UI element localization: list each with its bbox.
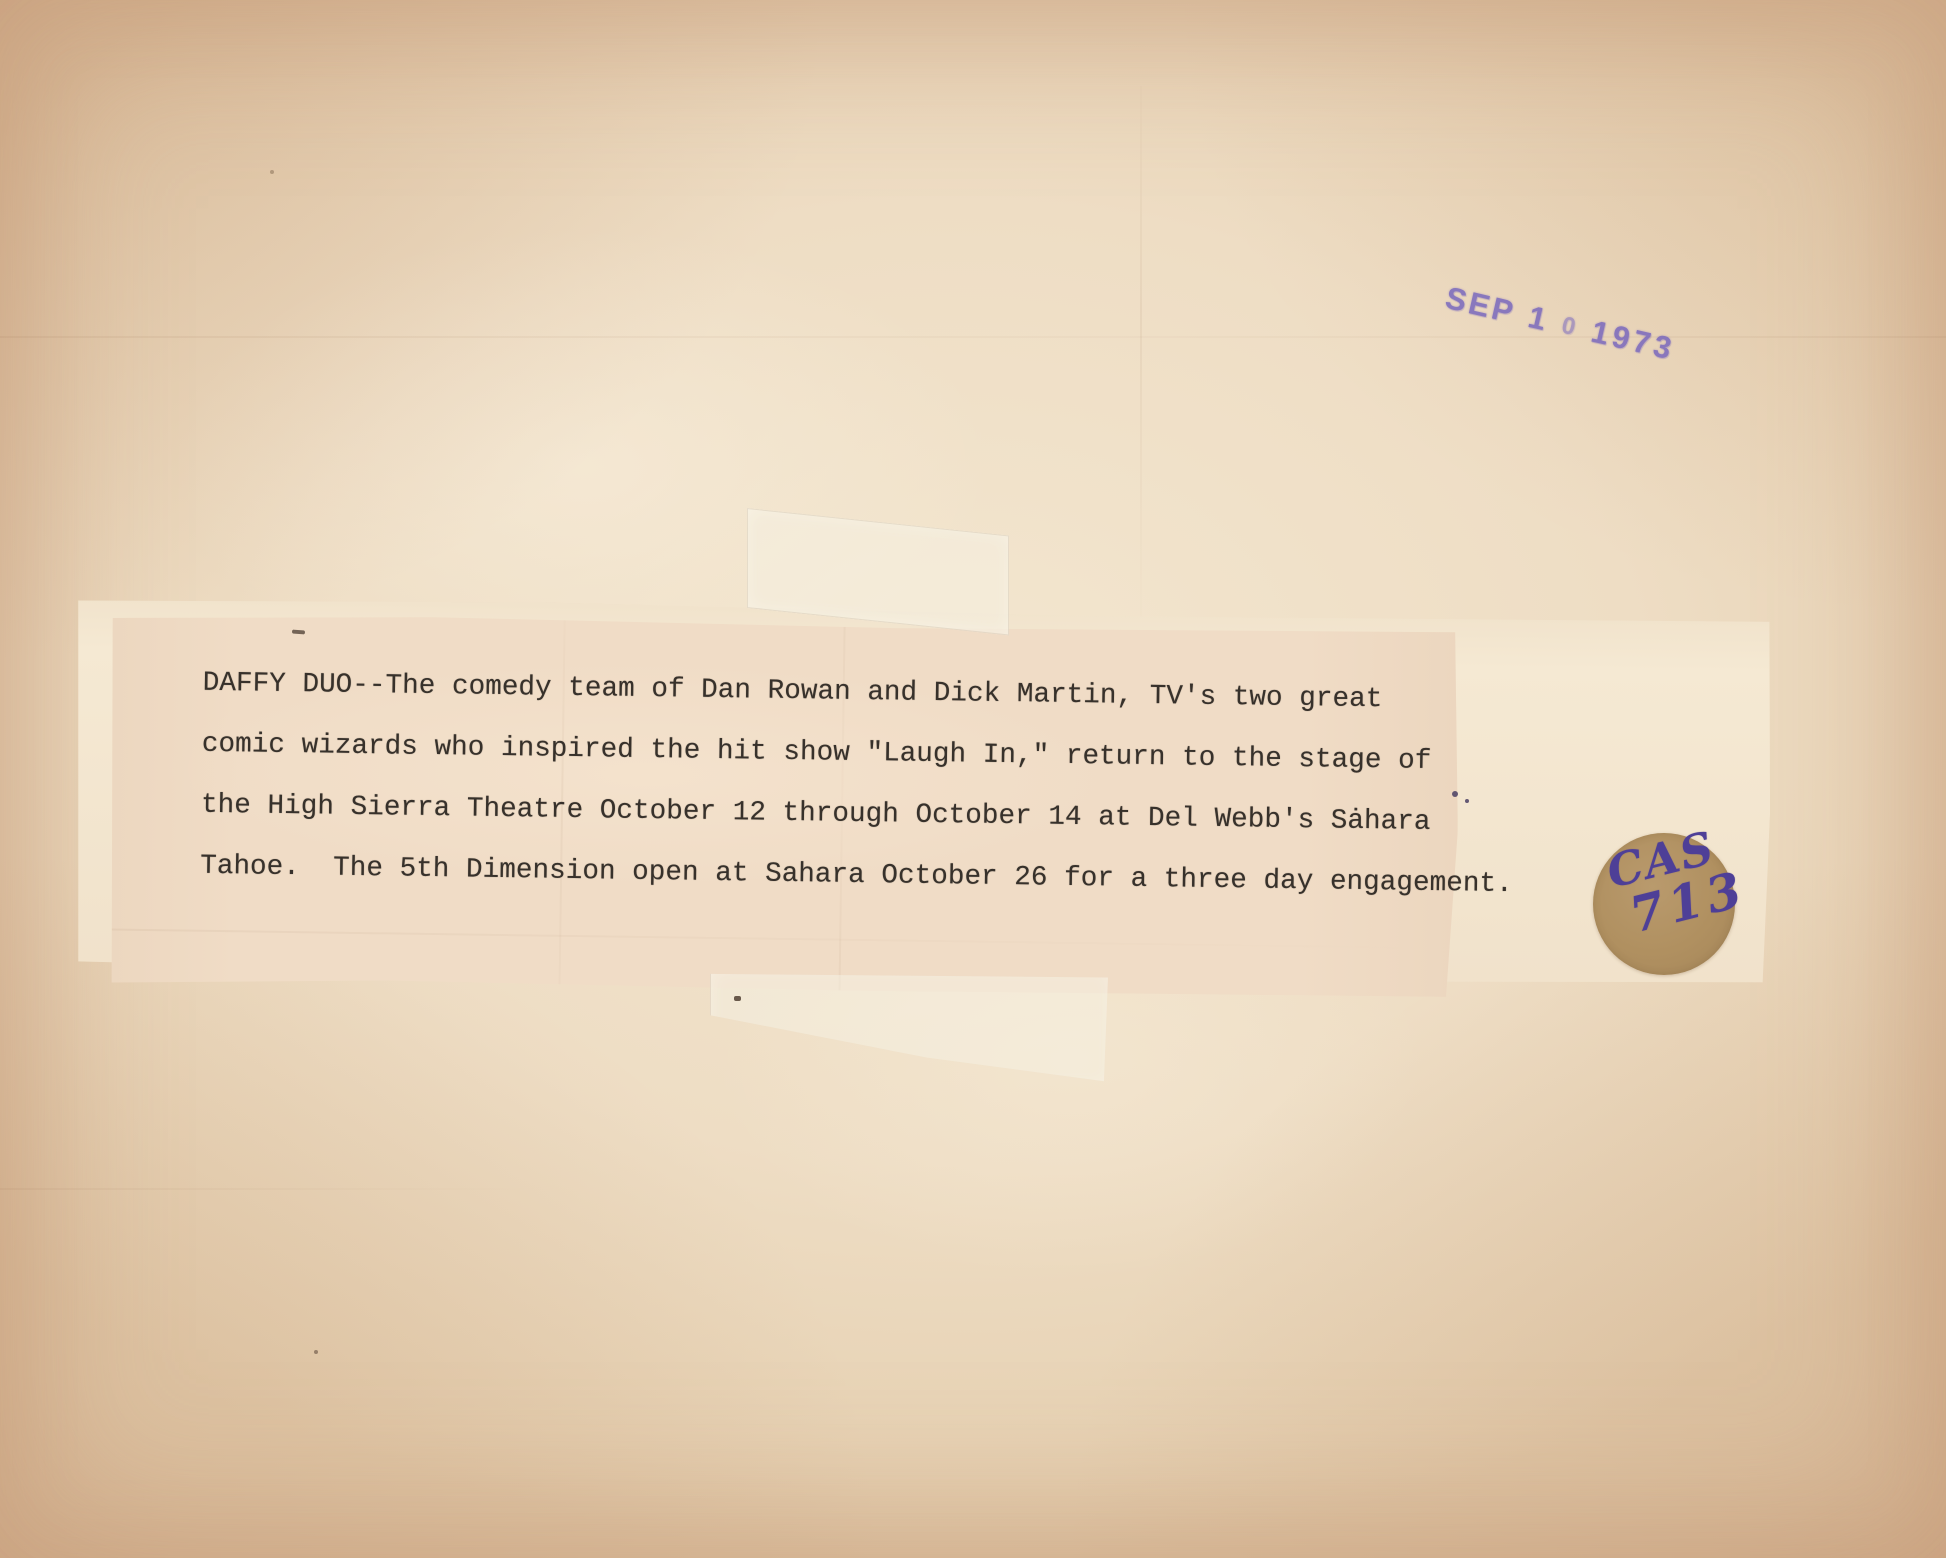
caption-slip: DAFFY DUO--The comedy team of Dan Rowan … [69, 592, 1775, 1036]
date-stamp-month: SEP [1442, 280, 1519, 331]
catalog-sticker: CAS 713 [1593, 833, 1735, 975]
press-photo-verso: SEP101973 DAFFY DUO--The comedy team of … [0, 0, 1946, 1558]
horizontal-crease [0, 1188, 540, 1190]
date-stamp-year: 1973 [1588, 314, 1679, 368]
paper-speck [314, 1350, 318, 1354]
date-stamp-day-digit: 1 [1525, 299, 1553, 339]
vertical-crease [1140, 86, 1142, 646]
paper-fold [104, 928, 1456, 949]
date-stamp: SEP101973 [1442, 280, 1679, 368]
date-stamp-day-digit: 0 [1559, 312, 1581, 343]
paper-speck [270, 170, 274, 174]
